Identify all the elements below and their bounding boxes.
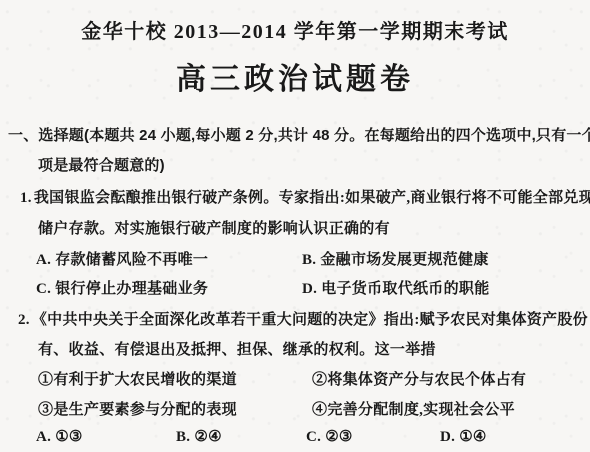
option-text: 存款储蓄风险不再唯一 [55,252,208,268]
statement-label: ② [312,372,327,388]
question-2-statement-4: ④完善分配制度,实现社会公平 [312,398,515,419]
option-text: ①③ [55,429,83,445]
exam-subtitle: 高三政治试题卷 [0,54,590,98]
question-1-option-b: B.金融市场发展更规范健康 [302,248,489,269]
question-2-option-a: A.①③ [36,427,83,446]
option-text: 银行停止办理基础业务 [55,281,208,297]
exam-paper-page: 金华十校 2013—2014 学年第一学期期末考试 高三政治试题卷 一、选择题(… [0,0,590,452]
option-text: ②③ [325,429,353,445]
statement-label: ① [38,372,53,388]
statement-text: 完善分配制度,实现社会公平 [327,402,515,418]
question-2-stem-line2: 有、收益、有偿退出及抵押、担保、继承的权利。这一举措 [38,338,436,359]
option-label: A. [36,429,51,445]
option-label: B. [302,252,316,268]
question-2-stem-line1: 2.《中共中央关于全面深化改革若干重大问题的决定》指出:赋予农民对集体资产股份占 [18,308,590,329]
statement-text: 将集体资产分与农民个体占有 [327,372,526,388]
section-heading-line1: 一、选择题(本题共 24 小题,每小题 2 分,共计 48 分。在每题给出的四个… [8,124,590,145]
option-text: ①④ [459,429,487,445]
exam-title: 金华十校 2013—2014 学年第一学期期末考试 [0,15,590,44]
question-1-stem-text: 我国银监会酝酿推出银行破产条例。专家指出:如果破产,商业银行将不可能全部兑现 [34,190,590,206]
statement-label: ③ [38,402,53,418]
question-1-option-a: A.存款储蓄风险不再唯一 [36,248,208,269]
option-label: D. [440,429,455,445]
statement-text: 是生产要素参与分配的表现 [53,402,237,418]
option-label: B. [176,429,190,445]
option-label: C. [306,429,321,445]
option-label: D. [302,281,317,297]
question-2-option-c: C.②③ [306,427,353,446]
question-2-statement-3: ③是生产要素参与分配的表现 [38,398,237,419]
question-2-statement-2: ②将集体资产分与农民个体占有 [312,368,526,389]
option-text: ②④ [194,429,222,445]
option-text: 金融市场发展更规范健康 [320,252,488,268]
question-2-statement-1: ①有利于扩大农民增收的渠道 [38,368,237,389]
question-2-number: 2. [18,312,30,328]
question-1-option-c: C.银行停止办理基础业务 [36,277,208,298]
option-label: A. [36,252,51,268]
question-2-stem-text: 《中共中央关于全面深化改革若干重大问题的决定》指出:赋予农民对集体资产股份占 [32,312,590,328]
option-label: C. [36,281,51,297]
option-text: 电子货币取代纸币的职能 [321,281,489,297]
statement-text: 有利于扩大农民增收的渠道 [53,372,237,388]
section-heading-line2: 项是最符合题意的) [38,154,165,175]
question-1-stem-line1: 1.我国银监会酝酿推出银行破产条例。专家指出:如果破产,商业银行将不可能全部兑现 [20,186,590,207]
question-1-number: 1. [20,190,32,206]
question-2-option-d: D.①④ [440,427,487,446]
question-1-option-d: D.电子货币取代纸币的职能 [302,277,490,298]
question-2-option-b: B.②④ [176,427,222,446]
question-1-stem-line2: 储户存款。对实施银行破产制度的影响认识正确的有 [38,217,390,238]
statement-label: ④ [312,402,327,418]
